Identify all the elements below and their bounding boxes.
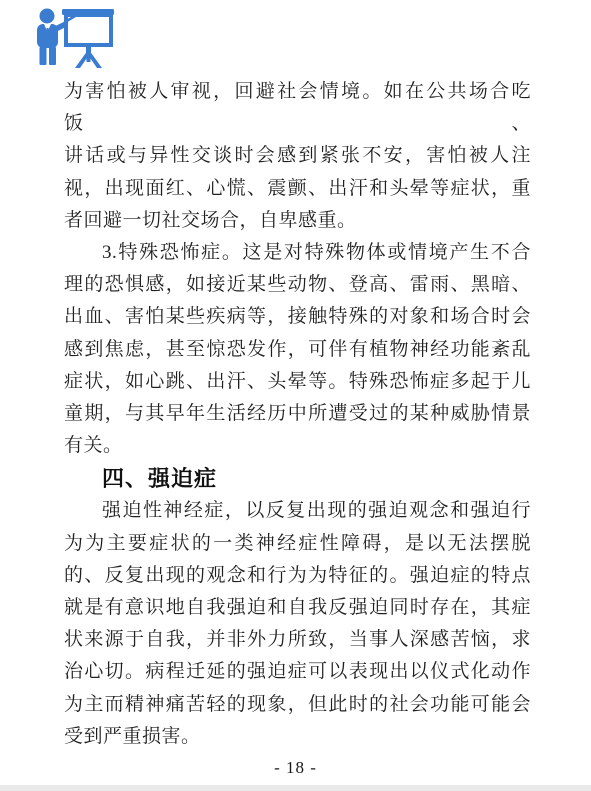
text-line: 的、反复出现的观念和行为为特征的。强迫症的特点 bbox=[64, 560, 531, 592]
presenter-at-board-icon bbox=[28, 6, 114, 70]
text-line: 3.特殊恐怖症。这是对特殊物体或情境产生不合 bbox=[64, 237, 531, 269]
text-line: 强迫性神经症，以反复出现的强迫观念和强迫行 bbox=[64, 495, 531, 527]
document-page: 为害怕被人审视，回避社会情境。如在公共场合吃饭、讲话或与异性交谈时会感到紧张不安… bbox=[0, 0, 591, 791]
text-line: 受到严重损害。 bbox=[64, 721, 531, 753]
text-line: 讲话或与异性交谈时会感到紧张不安，害怕被人注 bbox=[64, 140, 531, 172]
text-line: 理的恐惧感，如接近某些动物、登高、雷雨、黑暗、 bbox=[64, 269, 531, 301]
text-line: 为害怕被人审视，回避社会情境。如在公共场合吃饭、 bbox=[64, 76, 531, 140]
page-number: - 18 - bbox=[0, 758, 591, 778]
presenter-at-board-svg bbox=[28, 6, 114, 70]
text-line: 状来源于自我，并非外力所致，当事人深感苦恼，求 bbox=[64, 624, 531, 656]
text-line: 感到焦虑，甚至惊恐发作，可伴有植物神经功能紊乱 bbox=[64, 334, 531, 366]
section-heading: 四、强迫症 bbox=[64, 462, 531, 495]
text-line: 为为主要症状的一类神经症性障碍，是以无法摆脱 bbox=[64, 528, 531, 560]
text-column: 为害怕被人审视，回避社会情境。如在公共场合吃饭、讲话或与异性交谈时会感到紧张不安… bbox=[64, 76, 531, 753]
scan-edge-strip bbox=[0, 785, 591, 791]
text-line: 视，出现面红、心慌、震颤、出汗和头晕等症状，重 bbox=[64, 173, 531, 205]
text-line: 症状，如心跳、出汗、头晕等。特殊恐怖症多起于儿 bbox=[64, 366, 531, 398]
text-line: 出血、害怕某些疾病等，接触特殊的对象和场合时会 bbox=[64, 301, 531, 333]
text-line: 就是有意识地自我强迫和自我反强迫同时存在，其症 bbox=[64, 592, 531, 624]
text-line: 为主而精神痛苦轻的现象，但此时的社会功能可能会 bbox=[64, 689, 531, 721]
text-line: 童期，与其早年生活经历中所遭受过的某种威胁情景 bbox=[64, 398, 531, 430]
text-line: 有关。 bbox=[64, 430, 531, 462]
text-line: 治心切。病程迁延的强迫症可以表现出以仪式化动作 bbox=[64, 656, 531, 688]
text-line: 者回避一切社交场合，自卑感重。 bbox=[64, 205, 531, 237]
